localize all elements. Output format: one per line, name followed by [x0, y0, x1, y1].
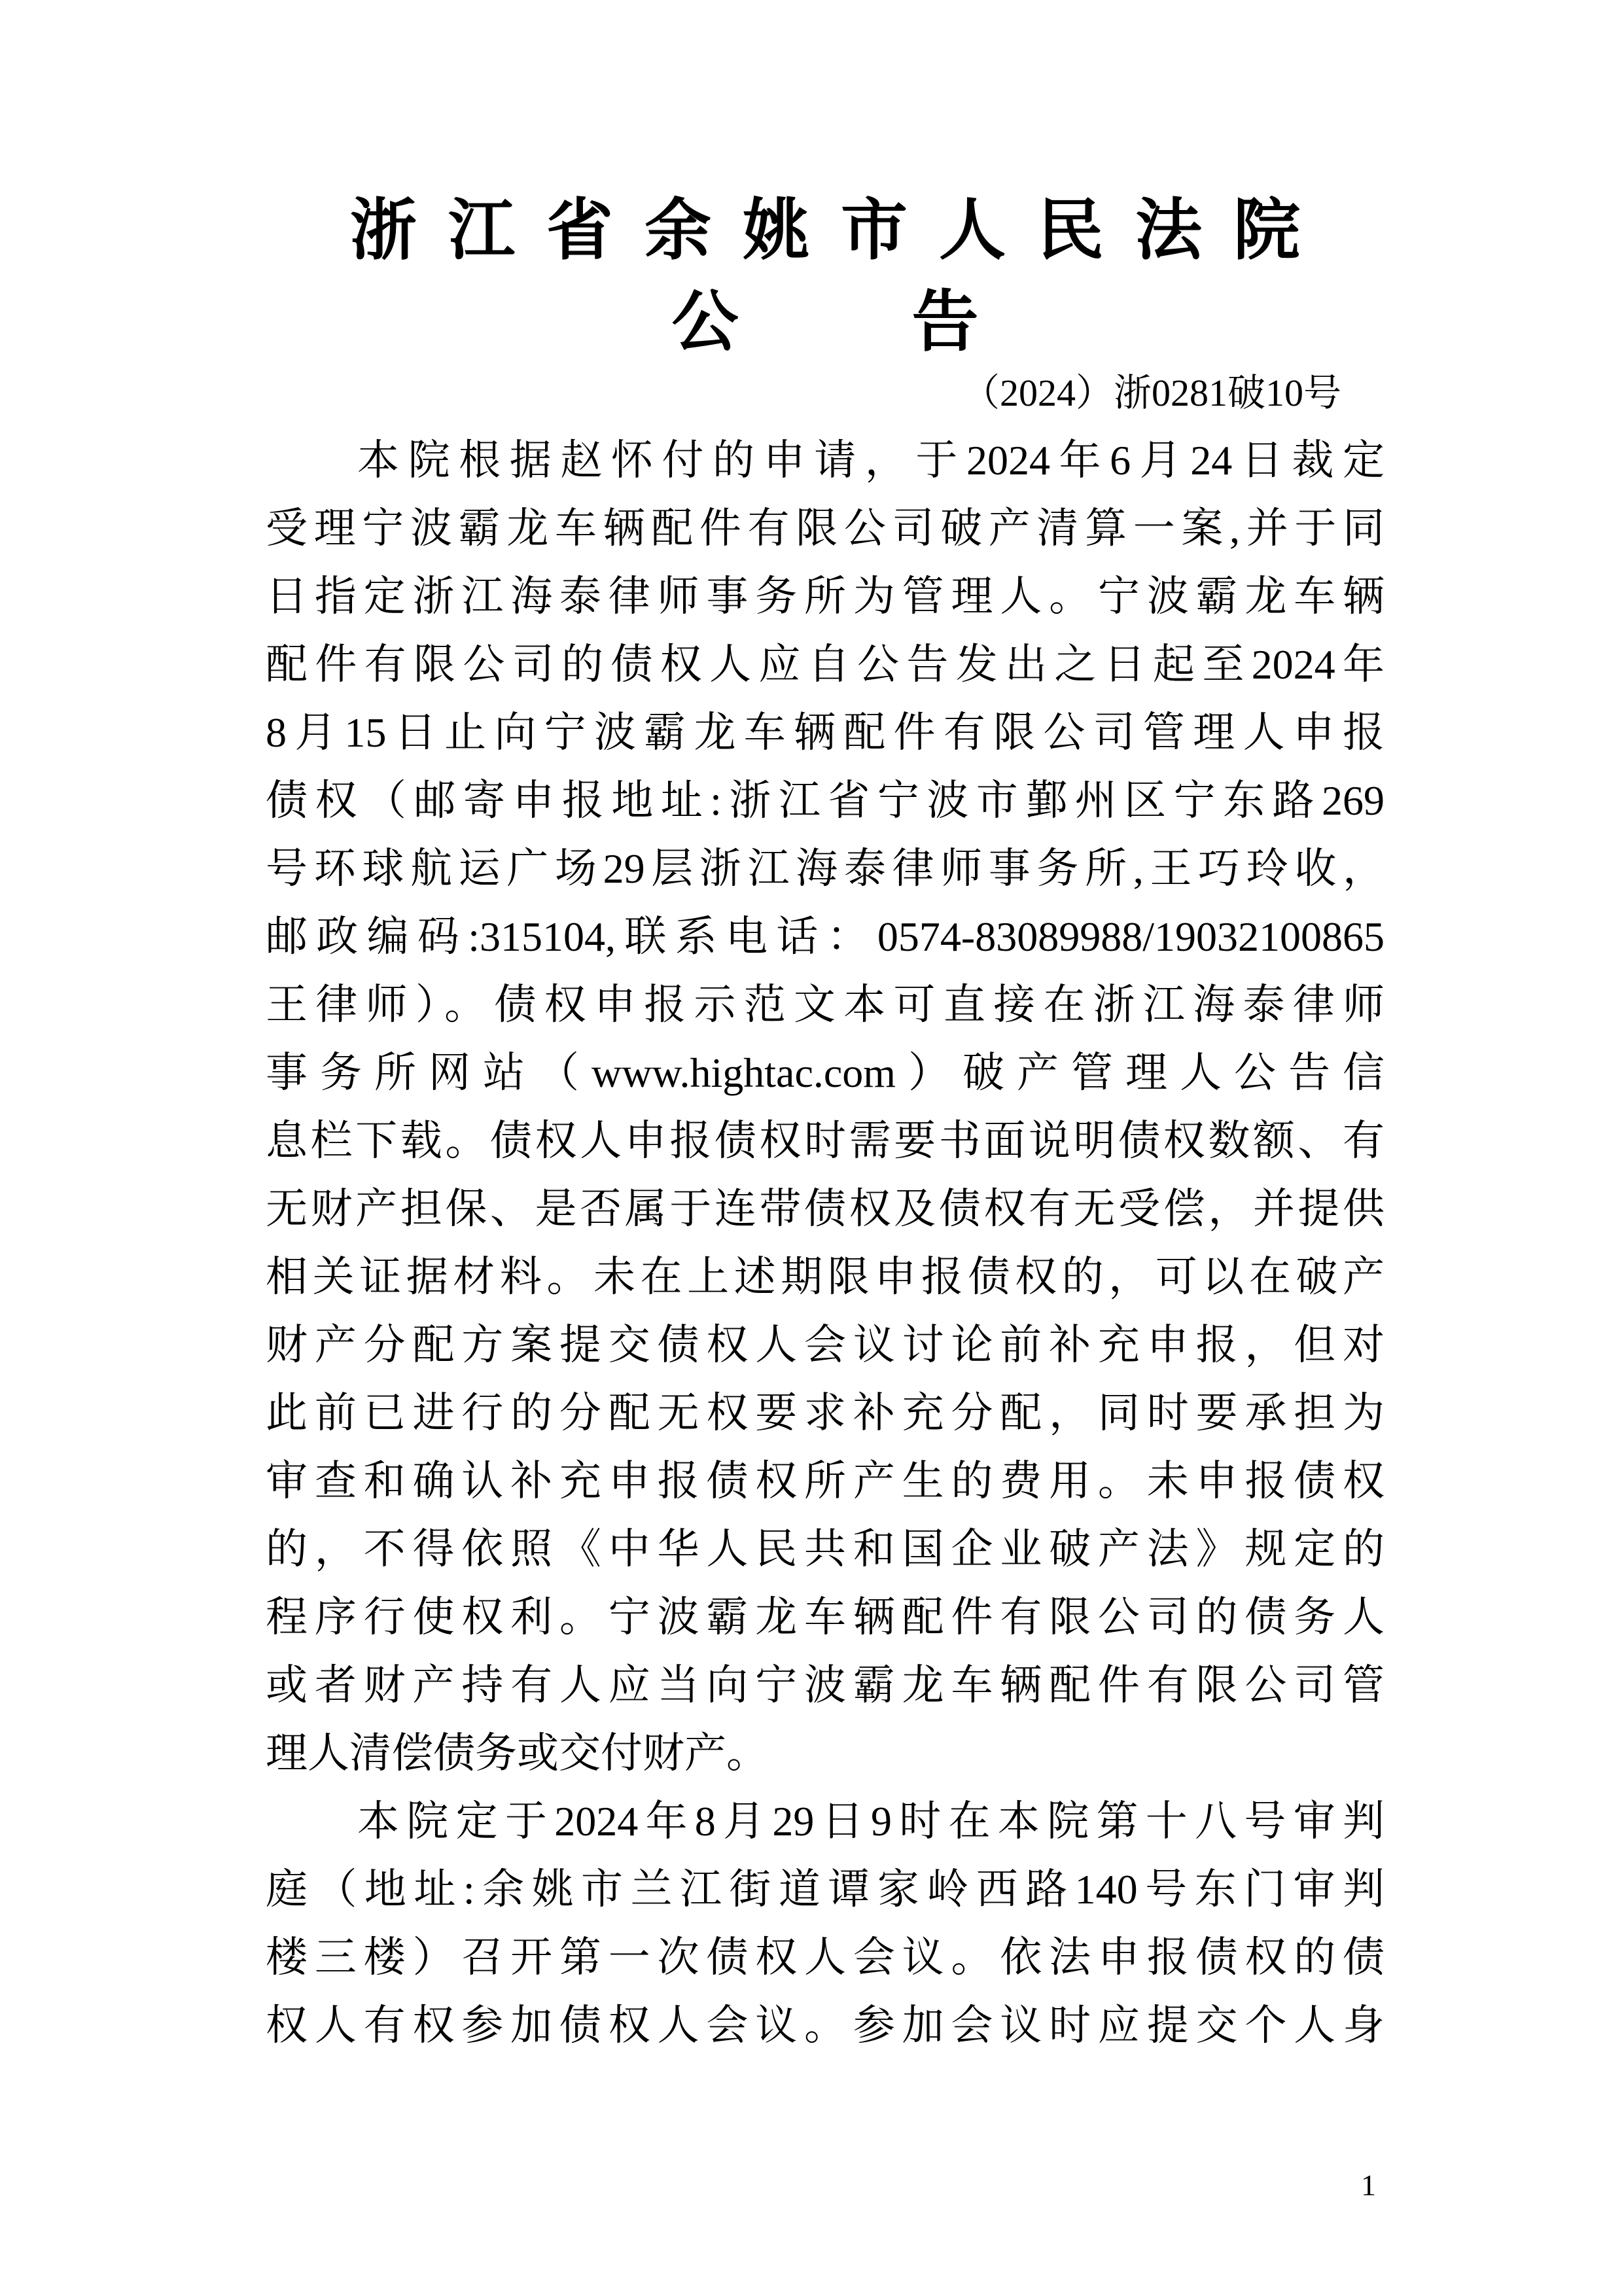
body-line: 本院定于2024年8月29日9时在本院第十八号审判 [266, 1788, 1385, 1856]
body-line: 邮政编码:315104,联系电话：0574-83089988/190321008… [266, 903, 1385, 971]
body-line: 本院根据赵怀付的申请，于2024年6月24日裁定 [266, 427, 1385, 495]
body-line: 审查和确认补充申报债权所产生的费用。未申报债权 [266, 1447, 1385, 1515]
body-line: 相关证据材料。未在上述期限申报债权的，可以在破产 [266, 1243, 1385, 1311]
body-line: 债权（邮寄申报地址:浙江省宁波市鄞州区宁东路269 [266, 767, 1385, 835]
body-line: 受理宁波霸龙车辆配件有限公司破产清算一案,并于同 [266, 495, 1385, 563]
body-line: 庭（地址:余姚市兰江街道谭家岭西路140号东门审判 [266, 1856, 1385, 1924]
body-line: 的，不得依照《中华人民共和国企业破产法》规定的 [266, 1515, 1385, 1583]
body-line: 程序行使权利。宁波霸龙车辆配件有限公司的债务人 [266, 1583, 1385, 1651]
page-number: 1 [1361, 2167, 1376, 2204]
body-line: 无财产担保、是否属于连带债权及债权有无受偿，并提供 [266, 1175, 1385, 1243]
body-line: 权人有权参加债权人会议。参加会议时应提交个人身 [266, 1992, 1385, 2060]
body-line: 或者财产持有人应当向宁波霸龙车辆配件有限公司管 [266, 1651, 1385, 1720]
body-line: 8月15日止向宁波霸龙车辆配件有限公司管理人申报 [266, 699, 1385, 767]
body-line: 息栏下载。债权人申报债权时需要书面说明债权数额、有 [266, 1107, 1385, 1175]
announcement-title: 公告 [266, 285, 1385, 361]
body-line: 楼三楼）召开第一次债权人会议。依法申报债权的债 [266, 1924, 1385, 1992]
document-page: 浙江省余姚市人民法院 公告 （2024）浙0281破10号 本院根据赵怀付的申请… [0, 0, 1624, 2296]
body-line: 此前已进行的分配无权要求补充分配，同时要承担为 [266, 1379, 1385, 1447]
body-line: 理人清偿债务或交付财产。 [266, 1720, 1385, 1788]
body-line: 号环球航运广场29层浙江海泰律师事务所,王巧玲收， [266, 835, 1385, 903]
court-name-title: 浙江省余姚市人民法院 [266, 194, 1385, 270]
body-line: 配件有限公司的债权人应自公告发出之日起至2024年 [266, 631, 1385, 699]
case-number: （2024）浙0281破10号 [266, 370, 1385, 416]
body-line: 日指定浙江海泰律师事务所为管理人。宁波霸龙车辆 [266, 563, 1385, 631]
announcement-body: 本院根据赵怀付的申请，于2024年6月24日裁定受理宁波霸龙车辆配件有限公司破产… [266, 427, 1385, 2060]
body-line: 财产分配方案提交债权人会议讨论前补充申报，但对 [266, 1311, 1385, 1379]
body-line: 王律师）。债权申报示范文本可直接在浙江海泰律师 [266, 971, 1385, 1039]
body-line: 事务所网站（www.hightac.com）破产管理人公告信 [266, 1039, 1385, 1107]
